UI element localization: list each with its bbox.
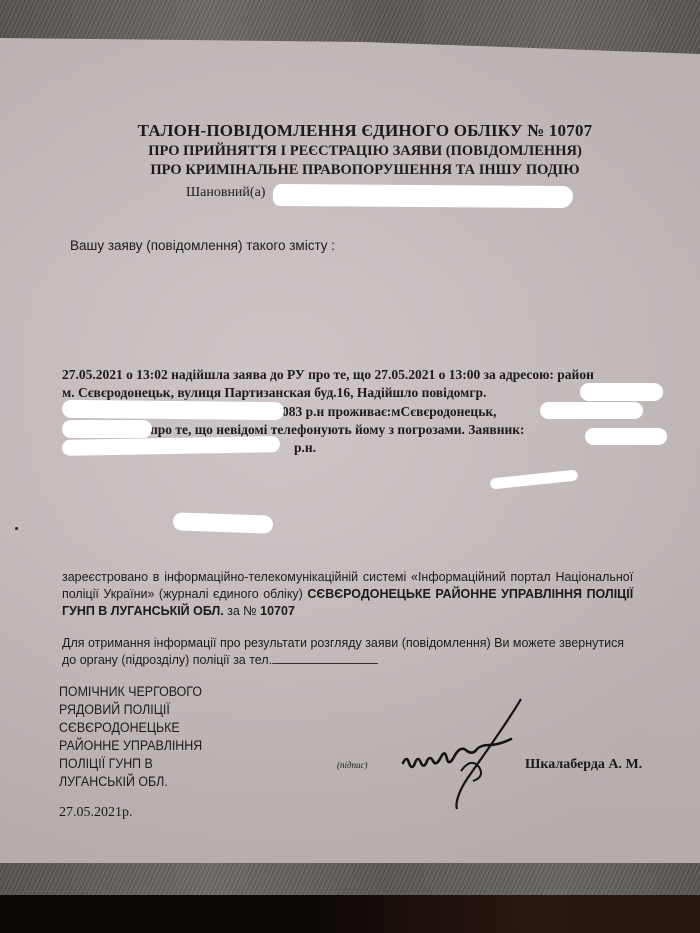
document-subtitle-1: ПРО ПРИЙНЯТТЯ І РЕЄСТРАЦІЮ ЗАЯВИ (ПОВІДО… (0, 143, 700, 160)
redaction-statement-4 (62, 420, 152, 438)
statement-line: 27.05.2021 о 13:02 надійшла заява до РУ … (62, 366, 662, 384)
redaction-statement-2 (62, 400, 284, 420)
registration-text: зареєстровано в інформаційно-телекомунік… (62, 568, 633, 619)
contact-text: Для отримання інформації про результати … (62, 634, 633, 668)
handwritten-signature (395, 693, 535, 813)
document-title: ТАЛОН-ПОВІДОМЛЕННЯ ЄДИНОГО ОБЛІКУ № 1070… (0, 121, 700, 141)
statement-line: про те, що невідомі телефонують йому з п… (62, 421, 662, 439)
greeting-label: Шановний(а) (186, 185, 265, 201)
redaction-statement-1 (580, 383, 663, 401)
document-subtitle-2: ПРО КРИМІНАЛЬНЕ ПРАВОПОРУШЕННЯ ТА ІНШУ П… (0, 162, 700, 179)
intro-text: Вашу заяву (повідомлення) такого змісту … (70, 238, 335, 253)
signature-label: (підпис) (337, 760, 368, 770)
officer-position: ПОМІЧНИК ЧЕРГОВОГО РЯДОВИЙ ПОЛІЦІЇ СЄВЄР… (59, 683, 202, 791)
document-paper: ТАЛОН-ПОВІДОМЛЕННЯ ЄДИНОГО ОБЛІКУ № 1070… (0, 38, 700, 863)
redaction-name (273, 184, 573, 208)
signer-name: Шкалаберда А. М. (525, 757, 642, 773)
document-date: 27.05.2021р. (59, 805, 133, 821)
background-dark-surface (0, 895, 700, 933)
redaction-statement-3 (540, 402, 643, 419)
redaction-mark-2 (173, 512, 274, 533)
phone-blank (272, 651, 378, 664)
registration-number: 10707 (260, 603, 295, 618)
redaction-statement-5 (585, 428, 667, 445)
